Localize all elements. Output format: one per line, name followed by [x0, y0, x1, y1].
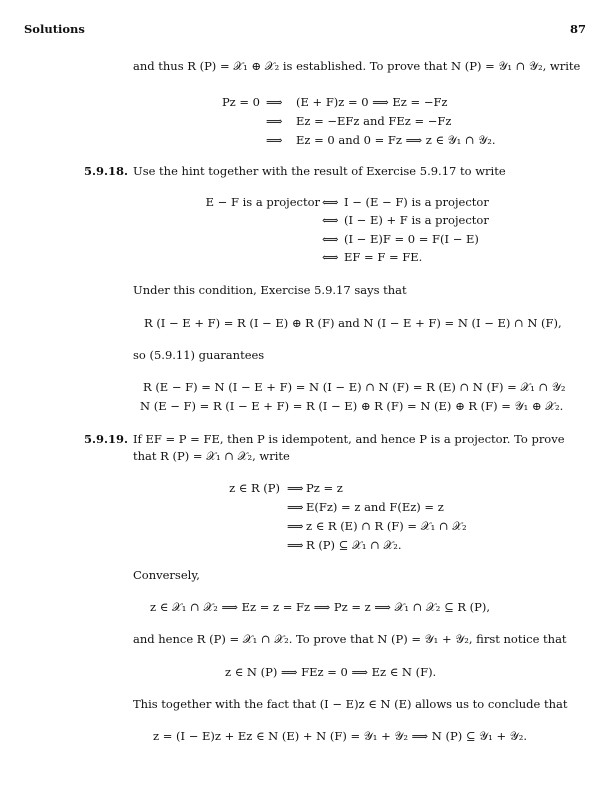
eq-rhs: (I − E)F = 0 = F(I − E) — [344, 232, 479, 246]
implies-arrow: ⟹ — [287, 500, 304, 514]
together-line: This together with the fact that (I − E)… — [133, 697, 568, 711]
running-header: Solutions — [24, 22, 85, 36]
final-equation: z = (I − E)z + Ez ∈ N (E) + N (F) = 𝒴₁ +… — [153, 729, 527, 744]
implies-arrow: ⟹ — [266, 133, 283, 147]
eq-rhs: I − (E − F) is a projector — [344, 195, 489, 209]
eq-rhs: Ez = 0 and 0 = Fz ⟹ z ∈ 𝒴₁ ∩ 𝒴₂. — [296, 133, 496, 148]
iff-arrow: ⟺ — [322, 232, 339, 246]
iff-arrow: ⟺ — [322, 195, 339, 209]
eq-lhs: Pz = 0 — [170, 95, 260, 109]
exercise-text: If EF = P = FE, then P is idempotent, an… — [133, 432, 565, 446]
eq-lhs: z ∈ R (P) — [180, 481, 280, 495]
implies-arrow: ⟹ — [266, 114, 283, 128]
conversely-equation: z ∈ 𝒳₁ ∩ 𝒳₂ ⟹ Ez = z = Fz ⟹ Pz = z ⟹ 𝒳₁ … — [150, 600, 490, 615]
exercise-number: 5.9.19. — [84, 432, 128, 446]
exercise-text: Use the hint together with the result of… — [133, 164, 506, 178]
notice-equation: z ∈ N (P) ⟹ FEz = 0 ⟹ Ez ∈ N (F). — [225, 665, 436, 679]
conversely-line: Conversely, — [133, 568, 200, 582]
eq-rhs: Pz = z — [306, 481, 343, 495]
guarantee-equation: R (E − F) = N (I − E + F) = N (I − E) ∩ … — [143, 380, 565, 395]
eq-rhs: E(Fz) = z and F(Ez) = z — [306, 500, 444, 514]
eq-lhs: E − F is a projector — [150, 195, 320, 209]
eq-rhs: Ez = −EFz and FEz = −Fz — [296, 114, 451, 128]
eq-rhs: R (P) ⊆ 𝒳₁ ∩ 𝒳₂. — [306, 538, 402, 553]
implies-arrow: ⟹ — [287, 538, 304, 552]
implies-arrow: ⟹ — [287, 519, 304, 533]
guarantee-line: so (5.9.11) guarantees — [133, 348, 264, 362]
eq-rhs: (I − E) + F is a projector — [344, 213, 489, 227]
eq-rhs: (E + F)z = 0 ⟹ Ez = −Fz — [296, 95, 448, 109]
iff-arrow: ⟺ — [322, 213, 339, 227]
iff-arrow: ⟺ — [322, 250, 339, 264]
page-number: 87 — [570, 22, 586, 36]
hence-line: and hence R (P) = 𝒳₁ ∩ 𝒳₂. To prove that… — [133, 632, 567, 647]
eq-rhs: z ∈ R (E) ∩ R (F) = 𝒳₁ ∩ 𝒳₂ — [306, 519, 467, 534]
guarantee-equation: N (E − F) = R (I − E + F) = R (I − E) ⊕ … — [140, 399, 563, 414]
condition-line: Under this condition, Exercise 5.9.17 sa… — [133, 283, 407, 297]
intro-line: and thus R (P) = 𝒳₁ ⊕ 𝒳₂ is established.… — [133, 59, 580, 74]
implies-arrow: ⟹ — [287, 481, 304, 495]
exercise-number: 5.9.18. — [84, 164, 128, 178]
exercise-text: that R (P) = 𝒳₁ ∩ 𝒳₂, write — [133, 449, 290, 464]
eq-rhs: EF = F = FE. — [344, 250, 422, 264]
implies-arrow: ⟹ — [266, 95, 283, 109]
condition-equation: R (I − E + F) = R (I − E) ⊕ R (F) and N … — [144, 316, 562, 330]
